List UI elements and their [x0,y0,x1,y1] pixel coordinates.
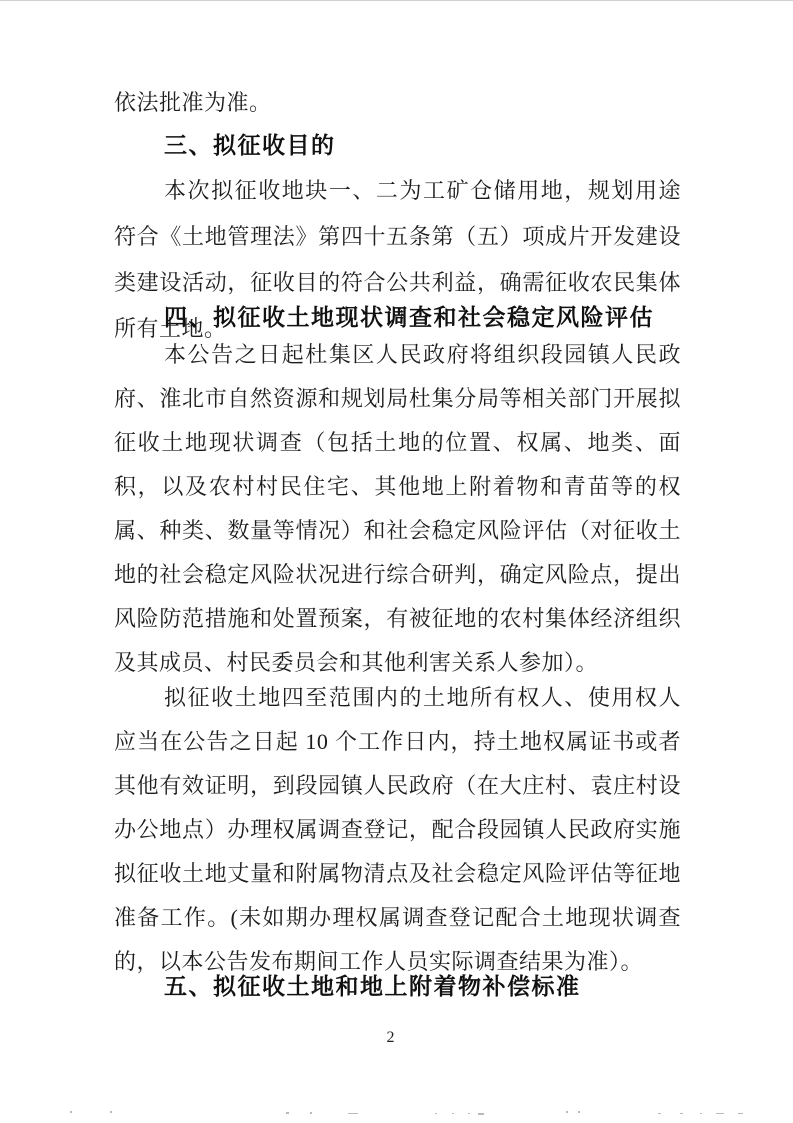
scan-edge-artifact [0,0,793,1]
noise-speck [738,1113,743,1114]
noise-speck [110,1111,112,1113]
noise-speck [286,1112,289,1114]
noise-speck [578,1111,580,1113]
noise-speck [478,1113,484,1115]
paragraph-registration: 拟征收土地四至范围内的土地所有权人、使用权人应当在公告之日起 10 个工作日内，… [114,676,681,984]
noise-speck [435,1113,437,1114]
section-heading-compensation: 五、拟征收土地和地上附着物补偿标准 [114,964,731,1009]
noise-speck [452,1113,454,1114]
noise-speck [658,1113,661,1114]
section-heading-purpose: 三、拟征收目的 [114,123,731,168]
page-number: 2 [0,1028,781,1048]
noise-speck [70,1111,72,1113]
noise-speck [700,1113,702,1114]
noise-speck [716,1113,724,1114]
noise-speck [348,1113,358,1114]
noise-speck [468,1113,470,1114]
document-page: 依法批准为准。 三、拟征收目的 本次拟征收地块一、二为工矿仓储用地，规划用途符合… [0,0,793,1123]
noise-speck [680,1113,683,1114]
paragraph-continuation: 依法批准为准。 [114,80,681,125]
noise-speck [310,1112,312,1114]
noise-speck [566,1111,568,1113]
paragraph-survey: 本公告之日起杜集区人民政府将组织段园镇人民政府、淮北市自然资源和规划局杜集分局等… [114,333,681,685]
